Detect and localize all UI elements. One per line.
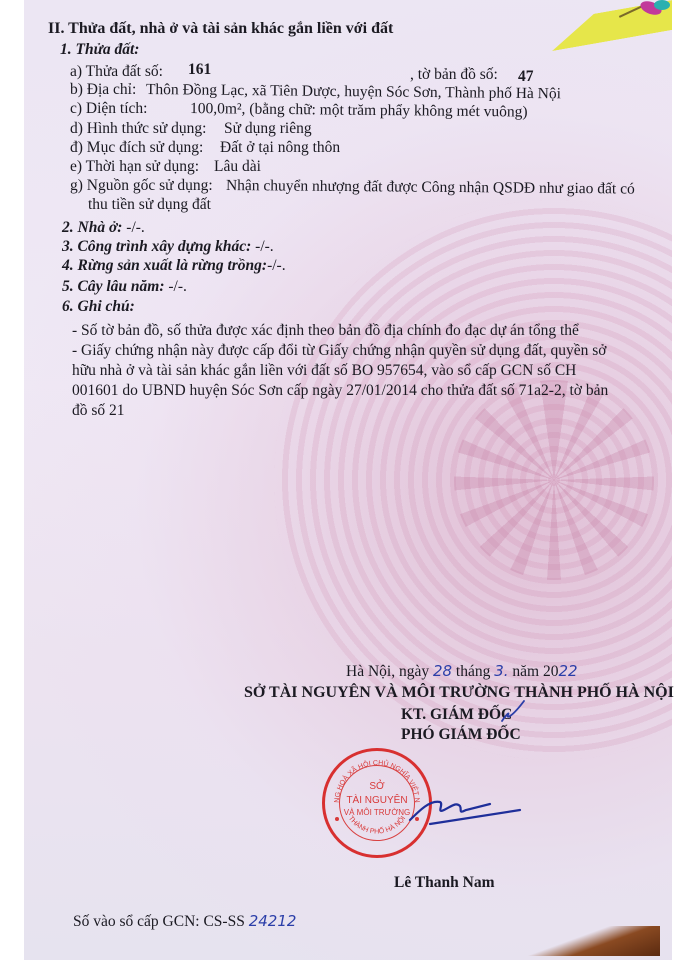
map-sheet-label: , tờ bản đồ số: xyxy=(410,66,498,84)
item-perennial-trees: 5. Cây lâu năm: -/-. xyxy=(62,278,187,296)
usage-purpose-value: Đất ở tại nông thôn xyxy=(220,139,340,157)
registry-number: Số vào sổ cấp GCN: CS-SS 24212 xyxy=(73,912,296,931)
area-value: 100,0m², (bằng chữ: một trăm phẩy không … xyxy=(190,100,528,122)
signer-title-1: KT. GIÁM ĐỐC xyxy=(401,706,512,724)
corner-flower-icon xyxy=(654,0,670,10)
usage-term-value: Lâu dài xyxy=(214,158,261,176)
notes-line: 001601 do UBND huyện Sóc Sơn cấp ngày 27… xyxy=(72,382,608,400)
usage-origin-value-line1: Nhận chuyển nhượng đất được Công nhận QS… xyxy=(226,177,635,199)
usage-origin-value-line2: thu tiền sử dụng đất xyxy=(88,196,211,214)
usage-form-label: d) Hình thức sử dụng: xyxy=(70,120,207,138)
item-house: 2. Nhà ở: -/-. xyxy=(62,219,145,237)
usage-term-label: e) Thời hạn sử dụng: xyxy=(70,158,199,176)
usage-purpose-label: đ) Mục đích sử dụng: xyxy=(70,139,203,157)
signer-name: Lê Thanh Nam xyxy=(394,874,495,892)
place-date: Hà Nội, ngày 28 tháng 3. năm 2022 xyxy=(346,662,578,681)
area-label: c) Diện tích: xyxy=(70,100,147,118)
handwritten-signature xyxy=(400,790,540,830)
notes-heading: 6. Ghi chú: xyxy=(62,298,135,316)
address-label: b) Địa chỉ: xyxy=(70,81,136,99)
signer-title-2: PHÓ GIÁM ĐỐC xyxy=(401,726,521,744)
handwritten-month: 3. xyxy=(494,662,508,680)
handwritten-registry-number: 24212 xyxy=(249,912,297,930)
issuing-agency: SỞ TÀI NGUYÊN VÀ MÔI TRƯỜNG THÀNH PHỐ HÀ… xyxy=(244,684,674,702)
item-planted-forest: 4. Rừng sản xuất là rừng trồng:-/-. xyxy=(62,257,286,275)
map-sheet-value: 47 xyxy=(518,68,534,86)
usage-origin-label: g) Nguồn gốc sử dụng: xyxy=(70,177,213,195)
handwritten-year: 22 xyxy=(558,662,577,680)
section-title: II. Thửa đất, nhà ở và tài sản khác gắn … xyxy=(48,20,393,38)
handwritten-initial-mark xyxy=(500,697,526,723)
usage-form-value: Sử dụng riêng xyxy=(224,120,312,138)
parcel-number-label: a) Thửa đất số: xyxy=(70,63,163,81)
notes-line: hữu nhà ở và tài sản khác gắn liền với đ… xyxy=(72,362,576,380)
notes-line: đồ số 21 xyxy=(72,402,125,420)
parcel-heading: 1. Thửa đất: xyxy=(60,41,139,59)
item-other-construction: 3. Công trình xây dựng khác: -/-. xyxy=(62,238,274,256)
parcel-number-value: 161 xyxy=(188,61,211,79)
notes-line: - Giấy chứng nhận này được cấp đổi từ Gi… xyxy=(72,342,606,360)
notes-line: - Số tờ bản đồ, số thửa được xác định th… xyxy=(72,322,579,340)
background-table-edge xyxy=(520,926,660,956)
handwritten-day: 28 xyxy=(433,662,452,680)
